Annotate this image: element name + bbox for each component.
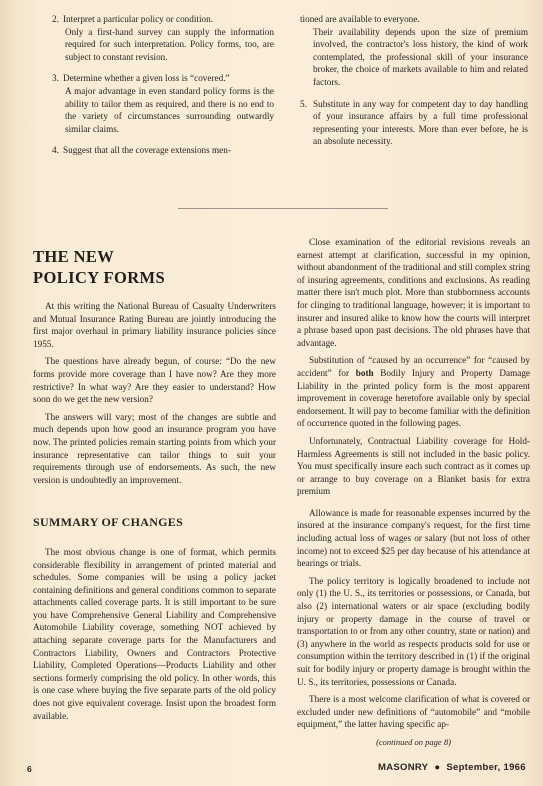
numbered-list-right: tioned are available to everyone. Their … xyxy=(300,13,528,157)
article-paragraph: The most obvious change is one of format… xyxy=(33,546,276,722)
list-item-lead: 3.Determine whether a given loss is “cov… xyxy=(52,72,274,85)
article-paragraph: Close examination of the editorial revis… xyxy=(297,236,530,349)
list-lead-text: Interpret a particular policy or conditi… xyxy=(63,14,213,24)
list-number: 4. xyxy=(52,144,63,157)
bullet-icon: ● xyxy=(434,762,440,773)
list-item-body: Their availability depends upon the size… xyxy=(300,26,528,89)
list-lead-text: Suggest that all the coverage extensions… xyxy=(63,145,231,155)
publication-name: MASONRY xyxy=(378,762,428,773)
article-right-column: Close examination of the editorial revis… xyxy=(297,236,530,749)
list-lead-text: Determine whether a given loss is “cover… xyxy=(63,73,230,83)
issue-date: September, 1966 xyxy=(446,762,526,773)
list-number: 5. xyxy=(300,98,313,148)
list-lead-continued: tioned are available to everyone. xyxy=(300,13,528,26)
article-left-column: THE NEW POLICY FORMS At this writing the… xyxy=(33,246,276,727)
list-item-body: Substitute in any way for competent day … xyxy=(313,98,528,148)
article-paragraph: There is a most welcome clarification of… xyxy=(297,693,530,731)
numbered-list-left: 2.Interpret a particular policy or condi… xyxy=(52,13,274,166)
list-item-lead: 4.Suggest that all the coverage extensio… xyxy=(52,144,274,157)
article-paragraph: The policy territory is logically broade… xyxy=(297,575,530,688)
list-item-4-continued: tioned are available to everyone. Their … xyxy=(300,13,528,89)
headline-line-2: POLICY FORMS xyxy=(33,268,165,287)
article-paragraph: The answers will vary; most of the chang… xyxy=(33,411,276,487)
list-number: 3. xyxy=(52,72,63,85)
emphasis-text: both xyxy=(356,368,374,378)
list-item-3: 3.Determine whether a given loss is “cov… xyxy=(52,72,274,135)
list-item-5: 5. Substitute in any way for competent d… xyxy=(300,98,528,148)
list-item-lead: 2.Interpret a particular policy or condi… xyxy=(52,13,274,26)
headline-line-1: THE NEW xyxy=(33,247,114,266)
list-number: 2. xyxy=(52,13,63,26)
section-divider xyxy=(178,208,388,209)
article-headline: THE NEW POLICY FORMS xyxy=(33,246,276,288)
list-item-2: 2.Interpret a particular policy or condi… xyxy=(52,13,274,63)
article-paragraph: At this writing the National Bureau of C… xyxy=(33,300,276,350)
list-item-body: Only a first-hand survey can supply the … xyxy=(52,26,274,64)
list-item-4: 4.Suggest that all the coverage extensio… xyxy=(52,144,274,157)
continued-note: (continued on page 8) xyxy=(297,736,530,749)
page-number: 6 xyxy=(27,764,32,774)
publication-footer: MASONRY●September, 1966 xyxy=(378,762,526,773)
article-paragraph: The questions have already begun, of cou… xyxy=(33,355,276,405)
article-paragraph: Unfortunately, Contractual Liability cov… xyxy=(297,435,530,498)
section-subheading: SUMMARY OF CHANGES xyxy=(33,516,276,529)
magazine-page: 2.Interpret a particular policy or condi… xyxy=(0,0,543,786)
article-paragraph: Allowance is made for reasonable expense… xyxy=(297,507,530,570)
article-paragraph: Substitution of “caused by an occurrence… xyxy=(297,354,530,430)
list-item-body: A major advantage in even standard polic… xyxy=(52,85,274,135)
